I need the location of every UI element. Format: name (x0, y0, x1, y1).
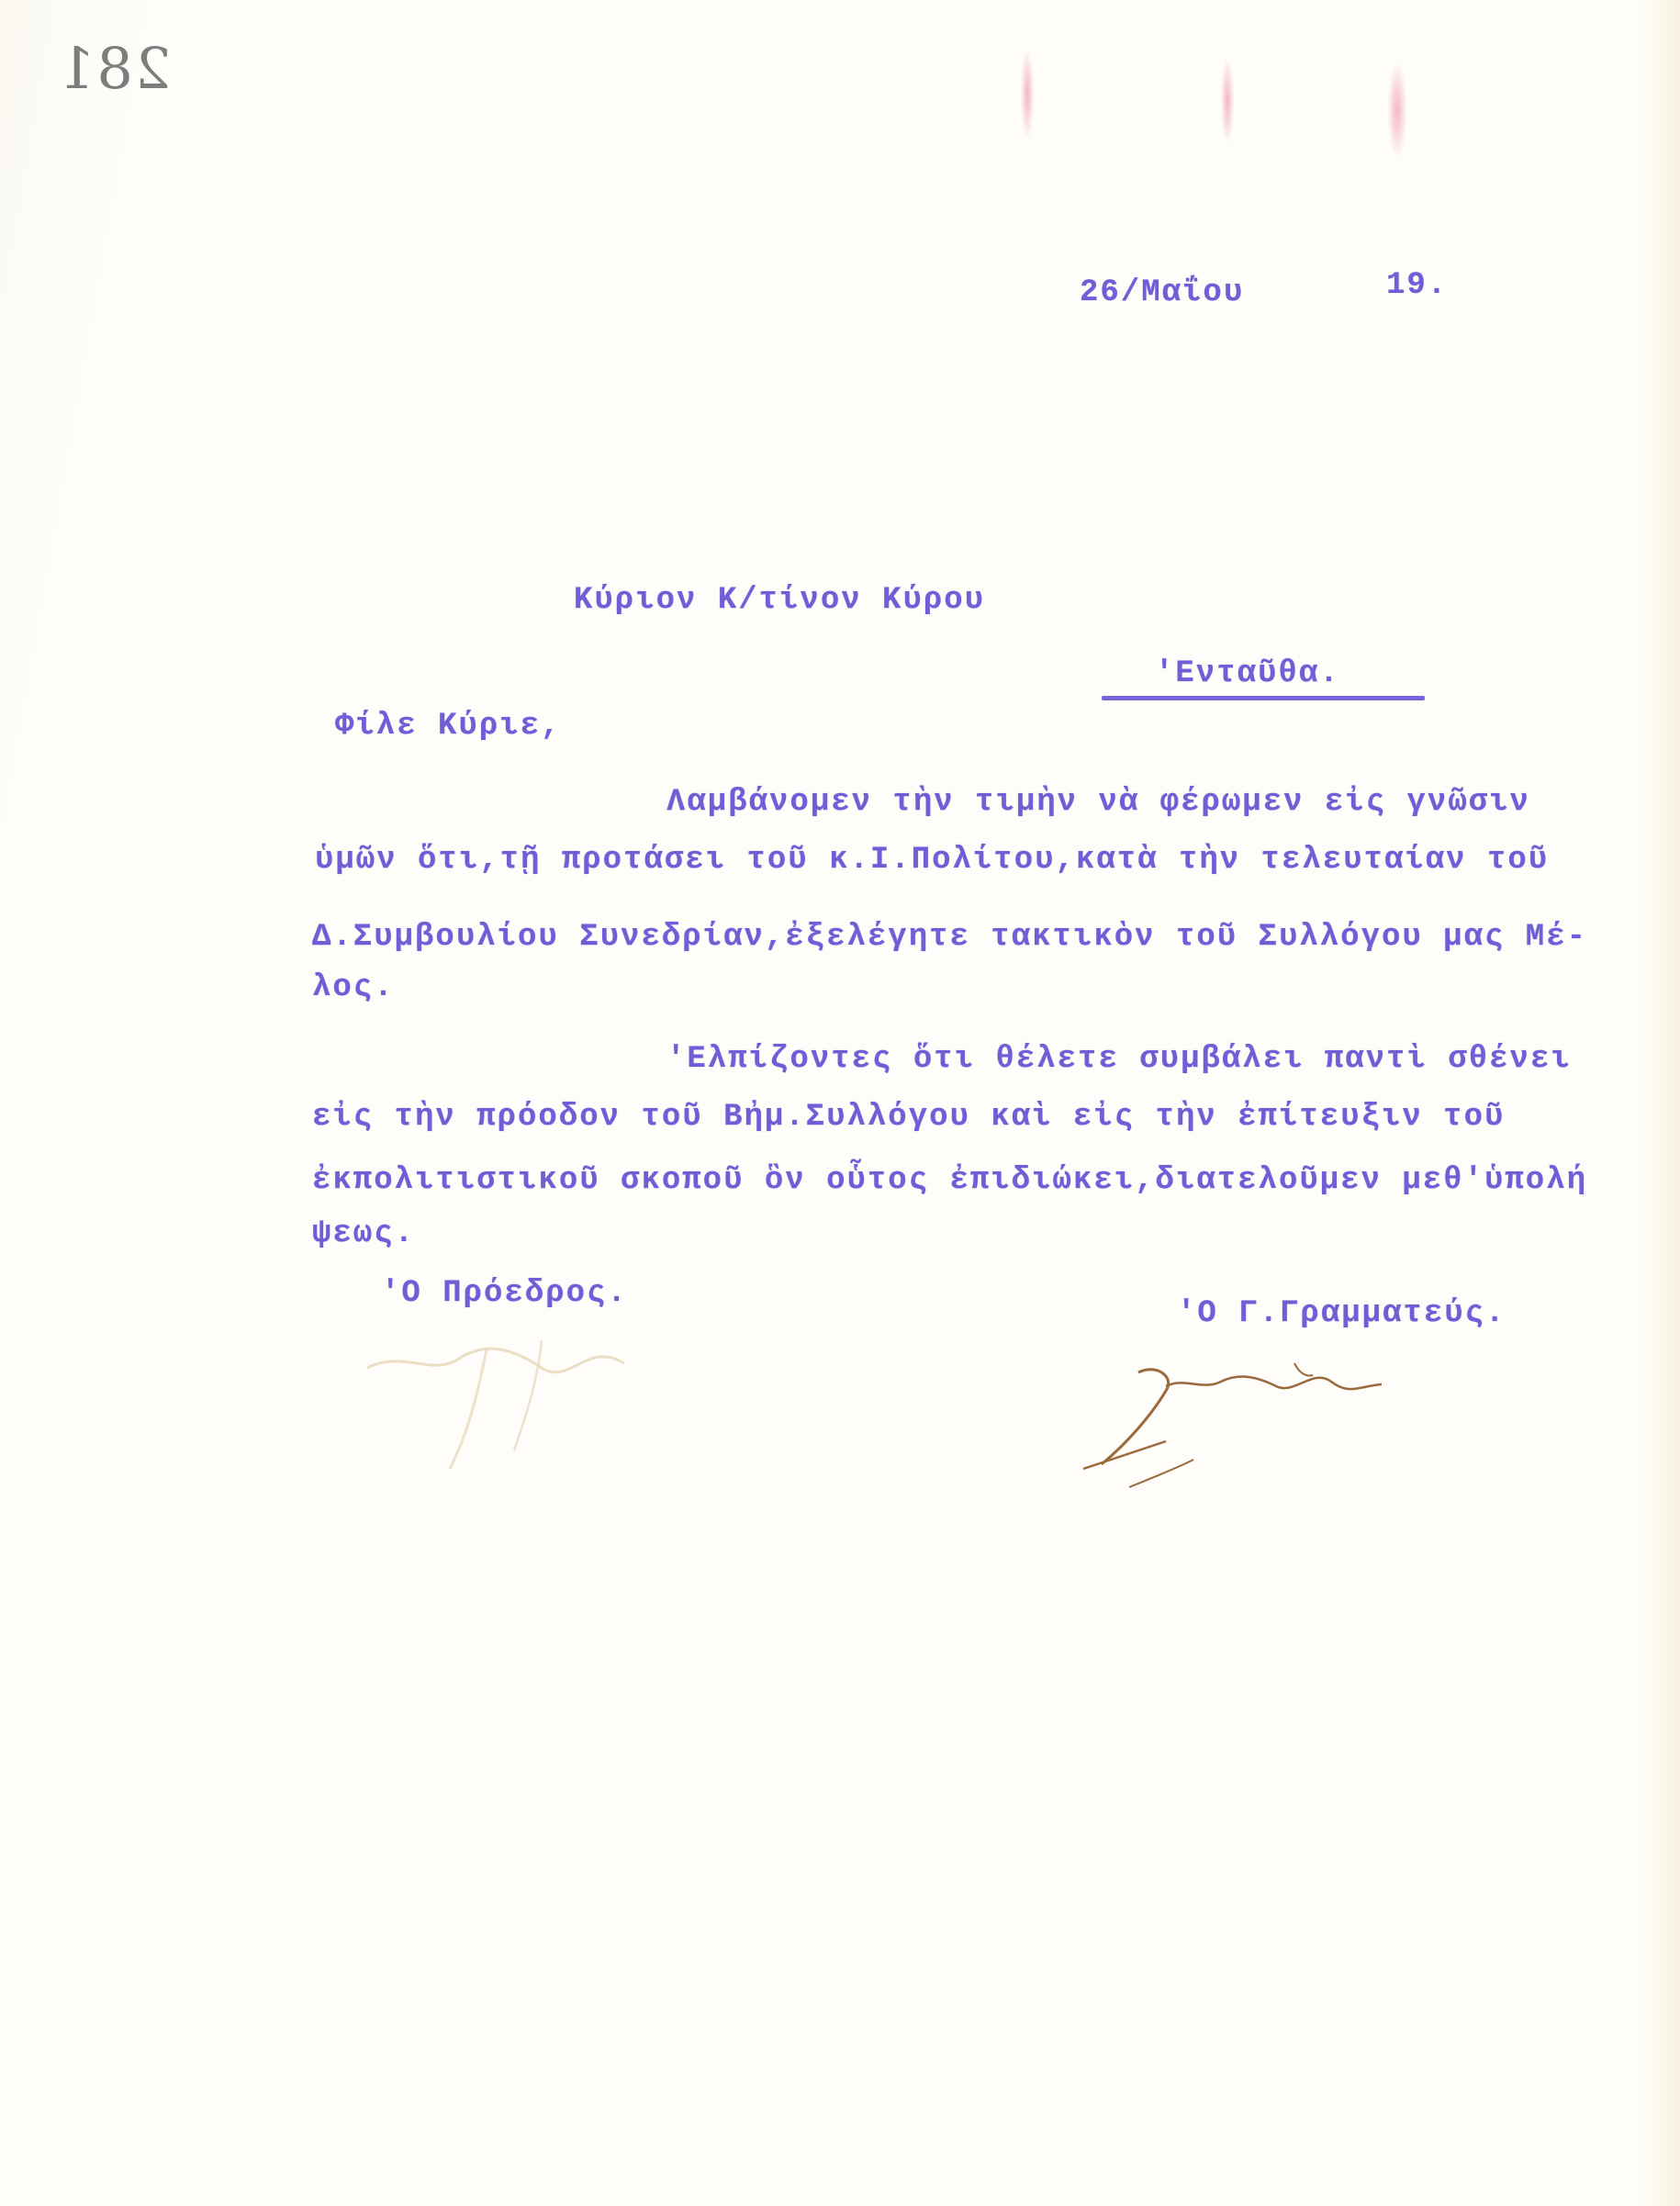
location-underline (1102, 696, 1425, 700)
president-title: 'Ο Πρόεδρος. (381, 1276, 628, 1311)
salutation: Φίλε Κύριε, (335, 709, 561, 744)
date-year: 19. (1386, 268, 1448, 303)
folio-number: 281 (57, 35, 171, 102)
paragraph-2-line-4: ψεως. (312, 1216, 415, 1251)
secretary-title: 'Ο Γ.Γραμματεύς. (1177, 1296, 1506, 1331)
paragraph-1-line-1: Λαμβάνομεν τὴν τιμὴν νὰ φέρωμεν εἰς γνῶσ… (666, 785, 1530, 820)
paragraph-1-line-4: λος. (312, 970, 395, 1005)
paragraph-1-line-2: ὑμῶν ὅτι,τῇ προτάσει τοῦ κ.Ι.Πολίτου,κατ… (315, 843, 1549, 878)
pink-mark-3 (1388, 64, 1406, 156)
paragraph-2-line-3: ἐκπολιτιστικοῦ σκοποῦ ὃν οὗτος ἐπιδιώκει… (312, 1163, 1587, 1198)
secretary-signature (1065, 1349, 1450, 1496)
recipient-location: 'Ενταῦθα. (1155, 656, 1340, 691)
date-day-month: 26/Μαΐου (1080, 275, 1244, 310)
recipient-name: Κύριον Κ/τίνον Κύρου (574, 583, 985, 618)
pink-mark-1 (1021, 50, 1034, 138)
paragraph-2-line-2: εἰς τὴν πρόοδον τοῦ Βἠμ.Συλλόγου καὶ εἰς… (312, 1100, 1505, 1135)
paragraph-1-line-3: Δ.Συμβουλίου Συνεδρίαν,ἐξελέγητε τακτικὸ… (312, 920, 1587, 955)
president-signature (349, 1313, 679, 1478)
paragraph-2-line-1: 'Ελπίζοντες ὅτι θέλετε συμβάλει παντὶ σθ… (666, 1042, 1572, 1077)
pink-mark-2 (1221, 60, 1234, 142)
